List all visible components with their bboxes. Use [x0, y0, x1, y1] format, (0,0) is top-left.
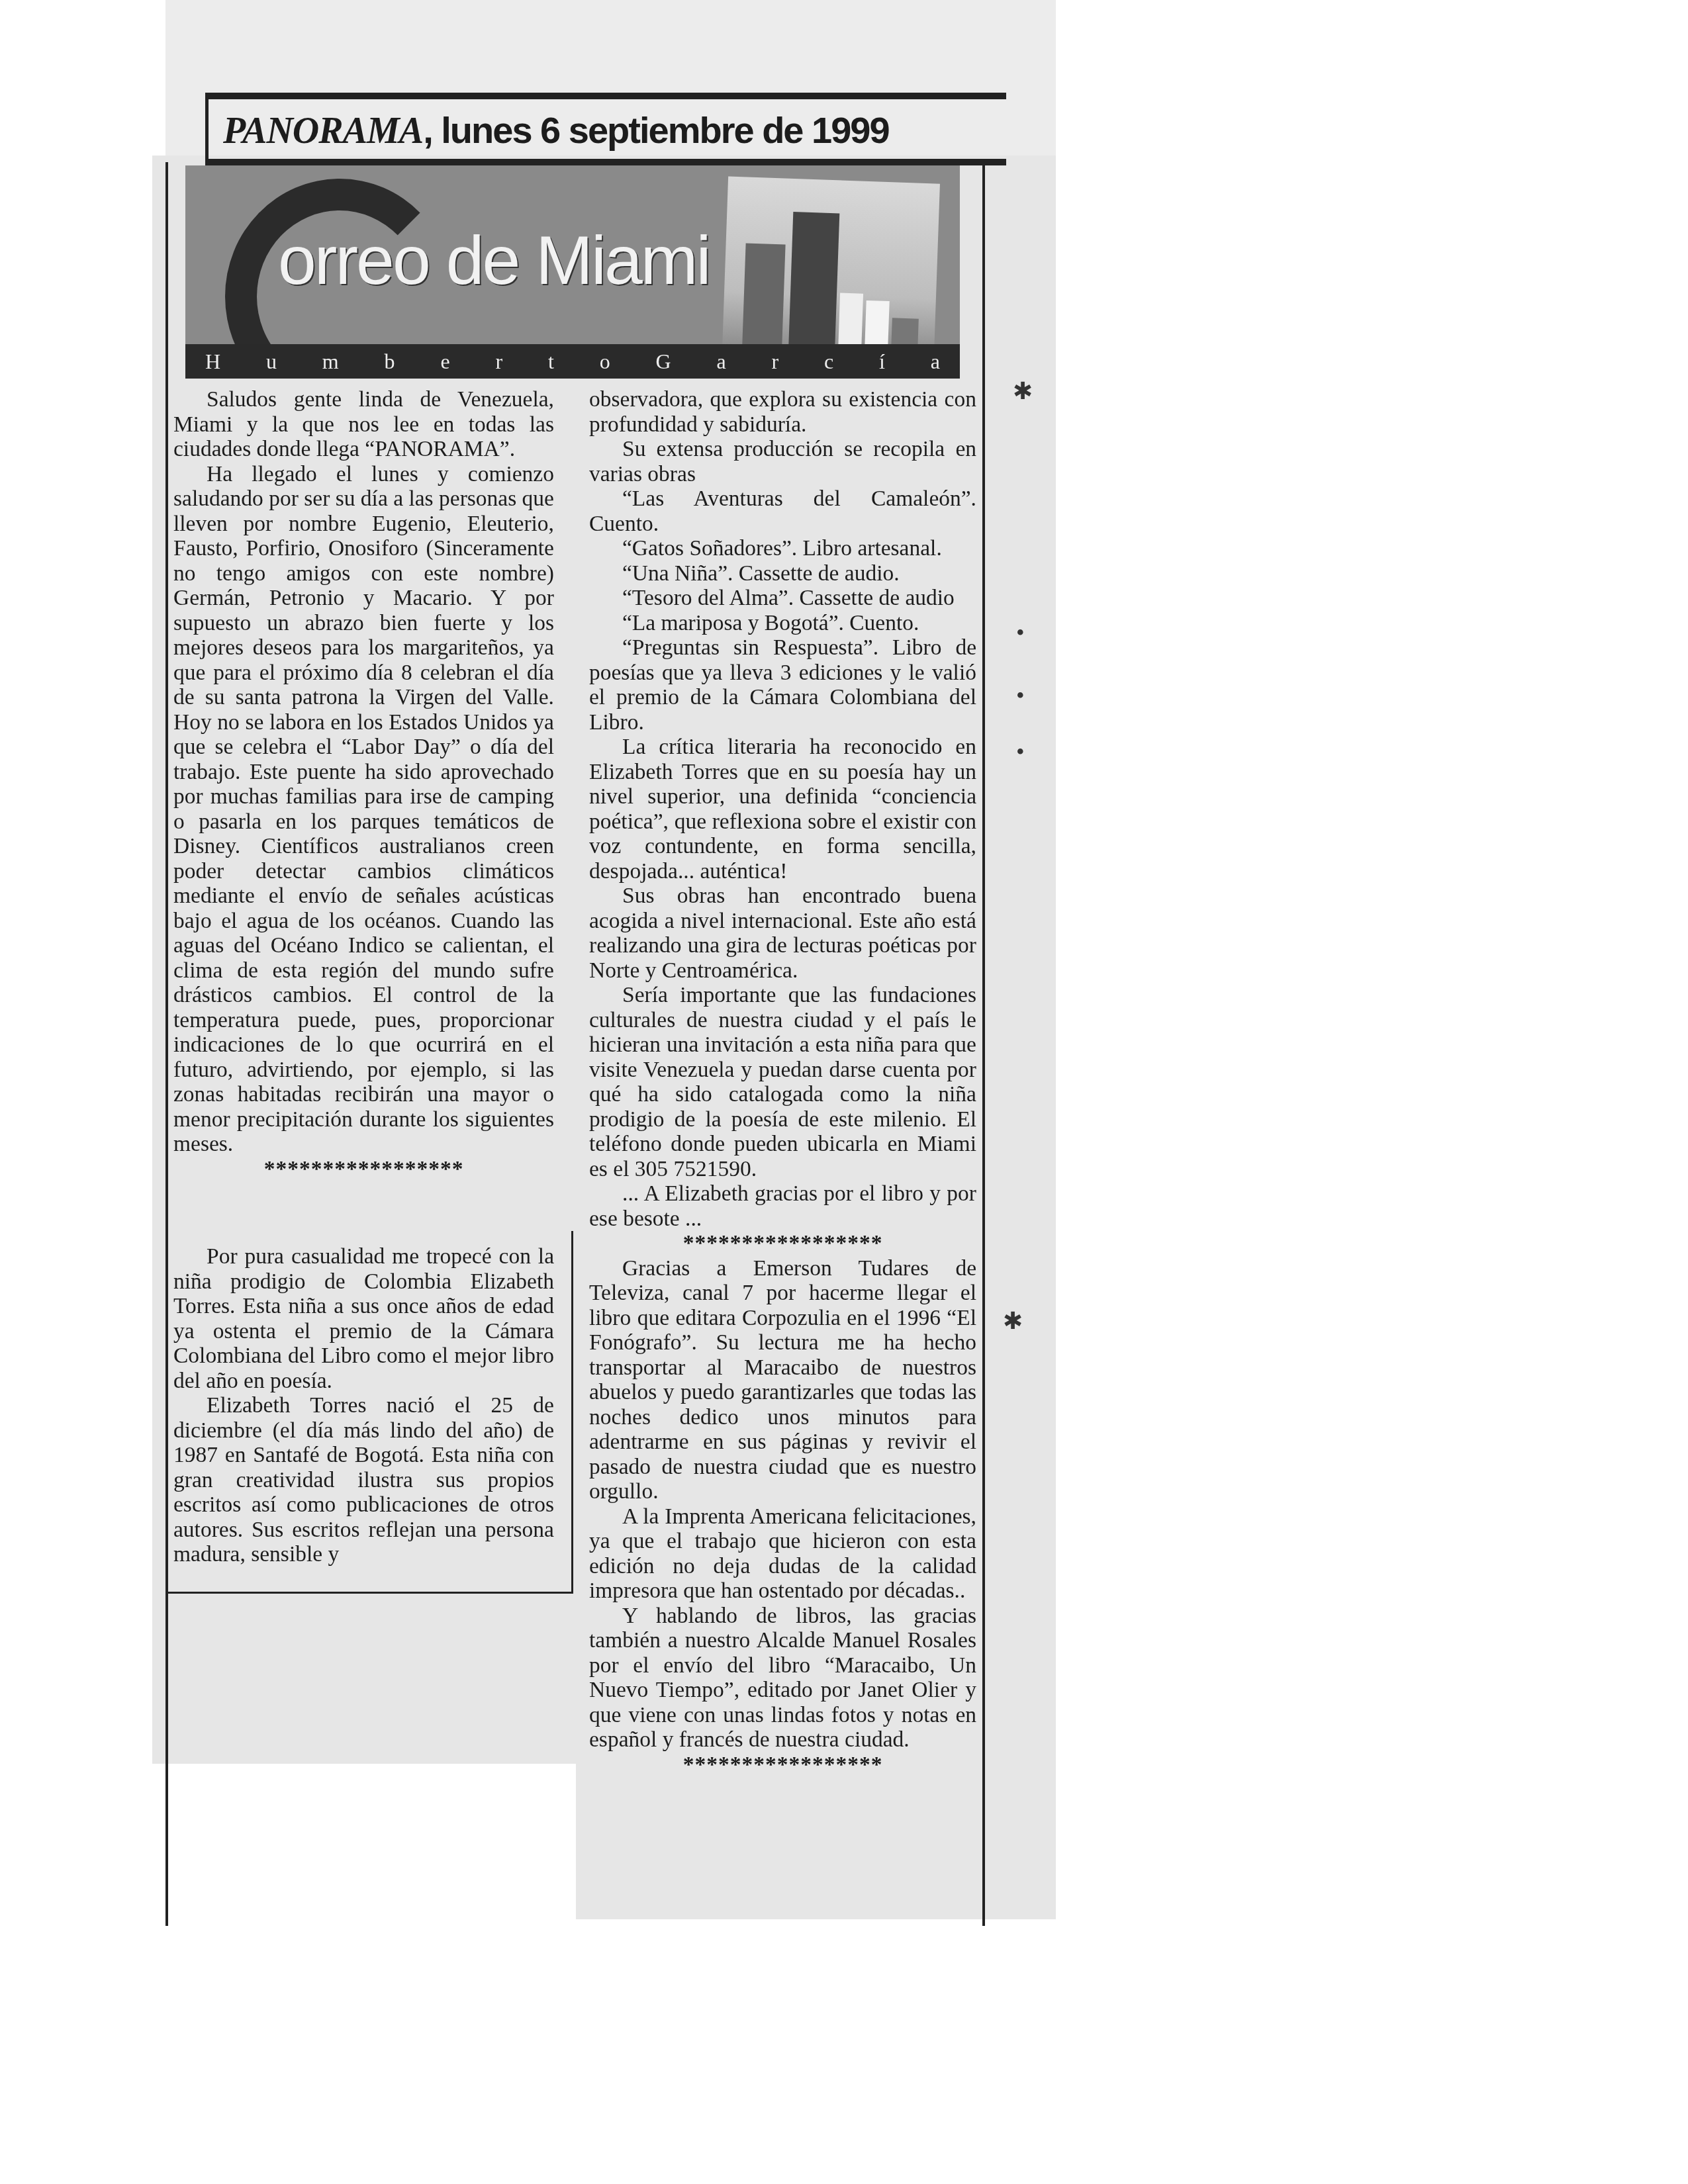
paragraph: Y hablando de libros, las gracias tambié… — [589, 1604, 976, 1752]
author-letter: m — [322, 349, 339, 374]
work-item: “Preguntas sin Respuesta”. Libro de poes… — [589, 635, 976, 735]
article-column-left-boxed: Por pura casualidad me tropecé con la ni… — [173, 1244, 554, 1567]
paragraph: Sería importante que las fundaciones cul… — [589, 983, 976, 1181]
margin-dot-icon: • — [1016, 682, 1025, 709]
publication-name: PANORAMA — [223, 111, 423, 152]
author-letter: H — [205, 349, 220, 374]
author-letter: c — [824, 349, 833, 374]
section-separator: ***************** — [589, 1752, 976, 1778]
author-letter: í — [879, 349, 885, 374]
masthead: PANORAMA, lunes 6 septiembre de 1999 — [205, 93, 1006, 165]
author-letter: o — [600, 349, 610, 374]
author-letter: r — [772, 349, 779, 374]
publication-date: , lunes 6 septiembre de 1999 — [423, 109, 888, 151]
section-separator: ***************** — [173, 1157, 554, 1182]
work-item: “La mariposa y Bogotá”. Cuento. — [589, 611, 976, 636]
paragraph: Saludos gente linda de Venezuela, Miami … — [173, 387, 554, 462]
margin-dot-icon: • — [1016, 619, 1025, 647]
work-item: “Tesoro del Alma”. Cassette de audio — [589, 586, 976, 611]
author-letter: t — [548, 349, 554, 374]
work-item: “Una Niña”. Cassette de audio. — [589, 561, 976, 586]
author-letter: a — [716, 349, 726, 374]
article-column-left: Saludos gente linda de Venezuela, Miami … — [173, 387, 554, 1181]
paragraph: A la Imprenta Americana felicitaciones, … — [589, 1504, 976, 1604]
section-separator: ***************** — [589, 1231, 976, 1256]
work-item: “Las Aventuras del Camaleón”. Cuento. — [589, 486, 976, 536]
article-column-right: observadora, que explora su existencia c… — [589, 387, 976, 1777]
margin-asterisk-icon: ✱ — [1013, 377, 1033, 405]
column-title: orreo de Miami — [278, 222, 710, 300]
author-letter: b — [385, 349, 395, 374]
paragraph: observadora, que explora su existencia c… — [589, 387, 976, 437]
paragraph: Sus obras han encontrado buena acogida a… — [589, 884, 976, 983]
paragraph: Ha llegado el lunes y comienzo saludando… — [173, 462, 554, 1157]
paragraph: Gracias a Emerson Tudares de Televiza, c… — [589, 1256, 976, 1504]
margin-dot-icon: • — [1016, 738, 1025, 766]
author-letter: e — [440, 349, 449, 374]
author-letter: r — [495, 349, 502, 374]
author-byline-bar: H u m b e r t o G a r c í a — [185, 344, 960, 379]
masthead-text: PANORAMA, lunes 6 septiembre de 1999 — [223, 109, 889, 152]
paragraph: Elizabeth Torres nació el 25 de diciembr… — [173, 1393, 554, 1567]
work-item: “Gatos Soñadores”. Libro artesanal. — [589, 536, 976, 561]
paragraph: ... A Elizabeth gracias por el libro y p… — [589, 1181, 976, 1231]
author-letter: u — [266, 349, 277, 374]
margin-asterisk-icon: ✱ — [1003, 1307, 1023, 1335]
paragraph: Su extensa producción se recopila en var… — [589, 437, 976, 486]
author-letter: a — [931, 349, 940, 374]
paragraph: Por pura casualidad me tropecé con la ni… — [173, 1244, 554, 1393]
author-letter: G — [656, 349, 671, 374]
paragraph: La crítica literaria ha reconocido en El… — [589, 735, 976, 884]
